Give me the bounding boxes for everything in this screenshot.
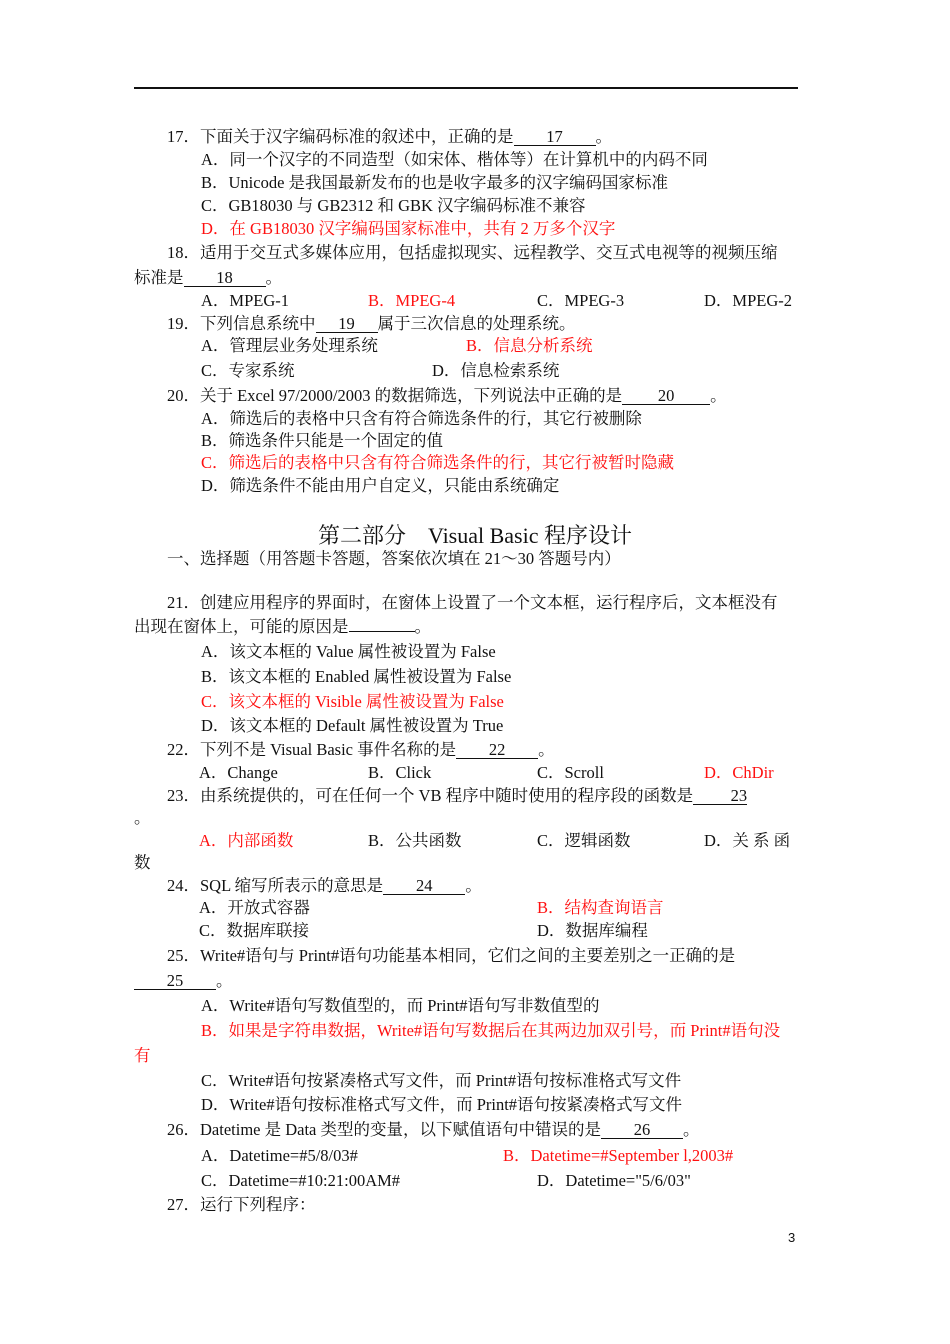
q26-option-d: D．Datetime="5/6/03" — [537, 1171, 691, 1191]
q26-option-b-answer: B．Datetime=#September l,2003# — [503, 1146, 733, 1166]
q25-end: 。 — [216, 971, 233, 990]
q20-option-b: B．筛选条件只能是一个固定的值 — [201, 431, 443, 451]
q23-option-d: D．关 系 函 — [704, 831, 790, 851]
q26-stem-text: 26．Datetime 是 Data 类型的变量，以下赋值语句中错误的是 — [167, 1120, 601, 1139]
q18-option-d: D．MPEG-2 — [704, 291, 792, 311]
section-title: 第二部分 Visual Basic 程序设计 — [0, 519, 950, 550]
question-17-stem: 17．下面关于汉字编码标准的叙述中，正确的是17。 — [167, 127, 612, 147]
q24-blank: 24 — [383, 877, 465, 895]
q19-stem-post: 属于三次信息的处理系统。 — [378, 314, 576, 333]
document-page: 17．下面关于汉字编码标准的叙述中，正确的是17。 A．同一个汉字的不同造型（如… — [0, 0, 950, 1344]
q20-option-c-answer: C．筛选后的表格中只含有符合筛选条件的行，其它行被暂时隐藏 — [201, 453, 674, 473]
q18-option-b-answer: B．MPEG-4 — [368, 291, 455, 311]
q18-blank: 18 — [184, 269, 266, 287]
header-rule — [134, 87, 798, 89]
q17-option-c: C．GB18030 与 GB2312 和 GBK 汉字编码标准不兼容 — [201, 196, 586, 216]
q21-end: 。 — [415, 617, 432, 636]
q23-option-d-wrap: 数 — [134, 853, 151, 873]
q17-end: 。 — [596, 127, 613, 146]
q20-blank: 20 — [622, 387, 710, 405]
q22-option-b: B．Click — [368, 763, 431, 783]
q24-stem: 24．SQL 缩写所表示的意思是24。 — [167, 876, 482, 896]
q17-option-d-answer: D．在 GB18030 汉字编码国家标准中，共有 2 万多个汉字 — [201, 219, 615, 239]
q21-stem-line2: 出现在窗体上，可能的原因是。 — [134, 617, 431, 637]
q20-option-d: D．筛选条件不能由用户自定义，只能由系统确定 — [201, 476, 559, 496]
q22-end: 。 — [538, 740, 555, 759]
q17-option-a: A．同一个汉字的不同造型（如宋体、楷体等）在计算机中的内码不同 — [201, 150, 708, 170]
q19-option-c: C．专家系统 — [201, 361, 295, 381]
q19-stem: 19．下列信息系统中19属于三次信息的处理系统。 — [167, 314, 576, 334]
q19-option-b-answer: B．信息分析系统 — [466, 336, 593, 356]
q23-option-c: C．逻辑函数 — [537, 831, 631, 851]
q24-option-d: D．数据库编程 — [537, 921, 648, 941]
q18-option-c: C．MPEG-3 — [537, 291, 624, 311]
q20-stem: 20．关于 Excel 97/2000/2003 的数据筛选，下列说法中正确的是… — [167, 386, 727, 406]
q21-stem-text: 出现在窗体上，可能的原因是 — [134, 617, 349, 636]
q20-option-a: A．筛选后的表格中只含有符合筛选条件的行，其它行被删除 — [201, 409, 642, 429]
q21-stem-line1: 21．创建应用程序的界面时，在窗体上设置了一个文本框，运行程序后，文本框没有 — [167, 593, 778, 613]
q20-end: 。 — [710, 386, 727, 405]
q19-stem-pre: 19．下列信息系统中 — [167, 314, 316, 333]
q25-blank: 25 — [134, 972, 216, 990]
q21-blank — [349, 631, 415, 632]
q24-option-c: C．数据库联接 — [199, 921, 309, 941]
q26-end: 。 — [683, 1120, 700, 1139]
q21-option-c-answer: C．该文本框的 Visible 属性被设置为 False — [201, 692, 504, 712]
q18-stem-text: 标准是 — [134, 268, 184, 287]
q22-option-d-answer: D．ChDir — [704, 763, 774, 783]
q23-blank: 23 — [693, 787, 747, 805]
q20-stem-text: 20．关于 Excel 97/2000/2003 的数据筛选，下列说法中正确的是 — [167, 386, 622, 405]
q26-option-c: C．Datetime=#10:21:00AM# — [201, 1171, 400, 1191]
q24-end: 。 — [465, 876, 482, 895]
q23-stem-text: 23．由系统提供的，可在任何一个 VB 程序中随时使用的程序段的函数是 — [167, 786, 693, 805]
q25-option-b-answer: B．如果是字符串数据，Write#语句写数据后在其两边加双引号，而 Print#… — [201, 1021, 780, 1041]
q21-option-b: B．该文本框的 Enabled 属性被设置为 False — [201, 667, 511, 687]
q17-stem-text: 17．下面关于汉字编码标准的叙述中，正确的是 — [167, 127, 514, 146]
q23-option-a-answer: A．内部函数 — [199, 831, 293, 851]
q22-stem: 22．下列不是 Visual Basic 事件名称的是22。 — [167, 740, 555, 760]
q25-option-c: C．Write#语句按紧凑格式写文件，而 Print#语句按标准格式写文件 — [201, 1071, 681, 1091]
q18-end: 。 — [266, 268, 283, 287]
q26-stem: 26．Datetime 是 Data 类型的变量，以下赋值语句中错误的是26。 — [167, 1120, 700, 1140]
q19-blank: 19 — [316, 315, 378, 333]
q25-option-b-wrap: 有 — [134, 1046, 151, 1066]
q26-blank: 26 — [601, 1121, 683, 1139]
q23-stem: 23．由系统提供的，可在任何一个 VB 程序中随时使用的程序段的函数是23 — [167, 786, 747, 806]
q18-option-a: A．MPEG-1 — [201, 291, 289, 311]
section-subtitle: 一、选择题（用答题卡答题，答案依次填在 21～30 答题号内） — [167, 549, 621, 569]
q25-stem: 25．Write#语句与 Print#语句功能基本相同，它们之间的主要差别之一正… — [167, 946, 735, 966]
page-number: 3 — [788, 1230, 795, 1245]
q24-option-b-answer: B．结构查询语言 — [537, 898, 664, 918]
q25-option-d: D．Write#语句按标准格式写文件，而 Print#语句按紧凑格式写文件 — [201, 1095, 682, 1115]
q24-stem-text: 24．SQL 缩写所表示的意思是 — [167, 876, 383, 895]
q21-option-a: A．该文本框的 Value 属性被设置为 False — [201, 642, 496, 662]
q18-stem-line2: 标准是18。 — [134, 268, 282, 288]
q19-option-d: D．信息检索系统 — [432, 361, 559, 381]
q25-option-a: A．Write#语句写数值型的，而 Print#语句写非数值型的 — [201, 996, 600, 1016]
q19-option-a: A．管理层业务处理系统 — [201, 336, 378, 356]
q22-option-c: C．Scroll — [537, 763, 604, 783]
q23-option-b: B．公共函数 — [368, 831, 462, 851]
q22-option-a: A．Change — [199, 763, 278, 783]
q23-end: 。 — [134, 808, 151, 828]
q24-option-a: A．开放式容器 — [199, 898, 310, 918]
q17-blank: 17 — [514, 128, 596, 146]
q27-stem: 27．运行下列程序： — [167, 1195, 316, 1215]
q18-stem-line1: 18．适用于交互式多媒体应用，包括虚拟现实、远程教学、交互式电视等的视频压缩 — [167, 243, 778, 263]
q26-option-a: A．Datetime=#5/8/03# — [201, 1146, 358, 1166]
q22-blank: 22 — [456, 741, 538, 759]
q21-option-d: D．该文本框的 Default 属性被设置为 True — [201, 716, 503, 736]
q17-option-b: B．Unicode 是我国最新发布的也是收字最多的汉字编码国家标准 — [201, 173, 668, 193]
q22-stem-text: 22．下列不是 Visual Basic 事件名称的是 — [167, 740, 456, 759]
q25-stem-line2: 25。 — [134, 971, 233, 991]
